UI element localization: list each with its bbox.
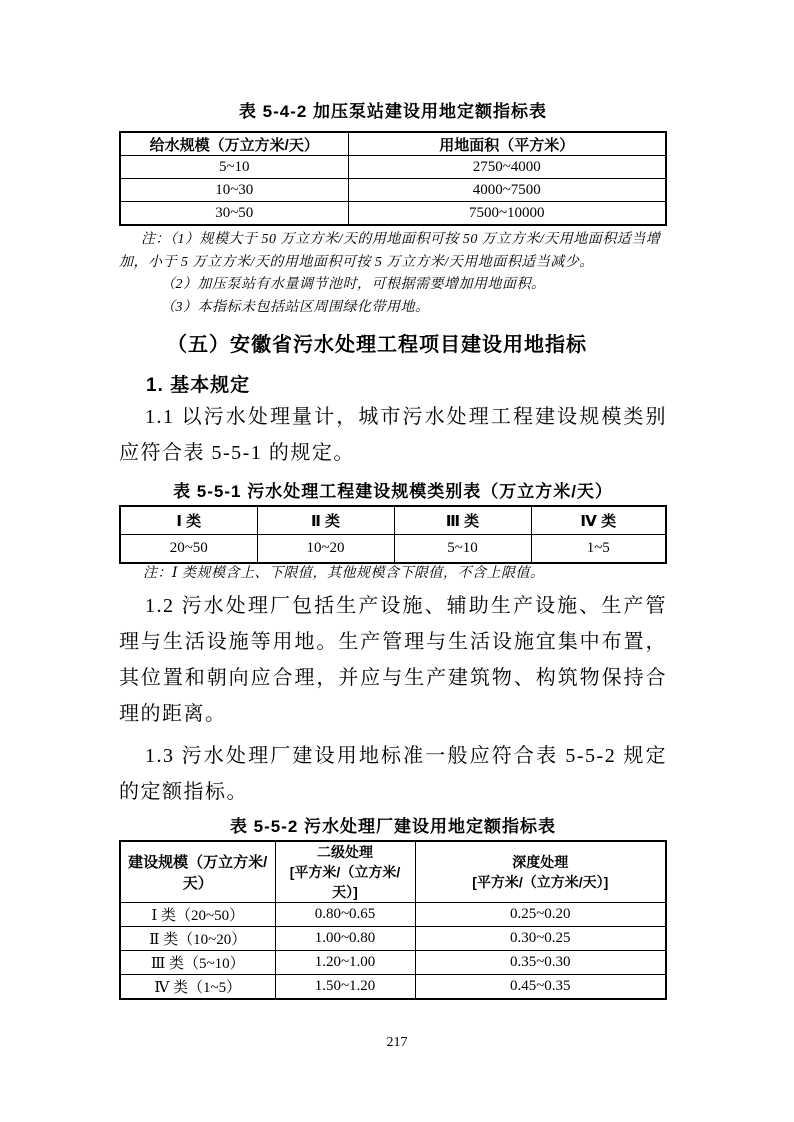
paragraph-1-3: 1.3 污水处理厂建设用地标准一般应符合表 5-5-2 规定的定额指标。 bbox=[119, 738, 667, 810]
column-header-class-4: Ⅳ 类 bbox=[531, 506, 666, 535]
header-line-2: [平方米/（立方米/天）] bbox=[278, 862, 413, 902]
column-header-build-scale: 建设规模（万立方米/天） bbox=[120, 841, 275, 903]
column-header-class-1: Ⅰ 类 bbox=[120, 506, 257, 535]
section-heading: （五）安徽省污水处理工程项目建设用地指标 bbox=[119, 331, 715, 359]
cell-class: Ⅱ 类（10~20） bbox=[120, 927, 275, 951]
cell-class: Ⅲ 类（5~10） bbox=[120, 951, 275, 975]
column-header-land-area: 用地面积（平方米） bbox=[348, 132, 666, 156]
cell-scale: 10~30 bbox=[120, 179, 348, 202]
table-row: 5~10 2750~4000 bbox=[120, 156, 666, 179]
table-5-4-2: 给水规模（万立方米/天） 用地面积（平方米） 5~10 2750~4000 10… bbox=[119, 131, 667, 226]
header-line-1: 深度处理 bbox=[418, 852, 664, 872]
column-header-supply-scale: 给水规模（万立方米/天） bbox=[120, 132, 348, 156]
table-5-4-2-title: 表 5-4-2 加压泵站建设用地定额指标表 bbox=[119, 101, 667, 123]
cell-advanced: 0.45~0.35 bbox=[415, 975, 666, 1000]
cell-secondary: 0.80~0.65 bbox=[275, 903, 415, 927]
cell-range: 10~20 bbox=[257, 535, 394, 564]
cell-scale: 5~10 bbox=[120, 156, 348, 179]
column-header-class-3: Ⅲ 类 bbox=[394, 506, 531, 535]
cell-advanced: 0.25~0.20 bbox=[415, 903, 666, 927]
cell-secondary: 1.20~1.00 bbox=[275, 951, 415, 975]
table-5-5-2-title: 表 5-5-2 污水处理厂建设用地定额指标表 bbox=[119, 816, 667, 838]
table-5-4-2-notes: 注：（1）规模大于 50 万立方米/天的用地面积可按 50 万立方米/天用地面积… bbox=[119, 229, 667, 319]
table-5-5-1-title: 表 5-5-1 污水处理工程建设规模类别表（万立方米/天） bbox=[119, 481, 667, 503]
page-number: 217 bbox=[0, 1035, 794, 1051]
table-header-row: 给水规模（万立方米/天） 用地面积（平方米） bbox=[120, 132, 666, 156]
header-line-2: [平方米/（立方米/天）] bbox=[418, 872, 664, 892]
table-5-5-2: 建设规模（万立方米/天） 二级处理 [平方米/（立方米/天）] 深度处理 [平方… bbox=[119, 840, 667, 1000]
cell-area: 4000~7500 bbox=[348, 179, 666, 202]
cell-secondary: 1.50~1.20 bbox=[275, 975, 415, 1000]
note-3: （3）本指标未包括站区周围绿化带用地。 bbox=[119, 297, 667, 320]
table-5-5-1-note: 注：Ⅰ 类规模含上、下限值，其他规模含下限值，不含上限值。 bbox=[119, 564, 667, 584]
note-1: 注：（1）规模大于 50 万立方米/天的用地面积可按 50 万立方米/天用地面积… bbox=[119, 229, 667, 274]
cell-area: 7500~10000 bbox=[348, 202, 666, 226]
cell-advanced: 0.30~0.25 bbox=[415, 927, 666, 951]
cell-advanced: 0.35~0.30 bbox=[415, 951, 666, 975]
cell-range: 5~10 bbox=[394, 535, 531, 564]
cell-area: 2750~4000 bbox=[348, 156, 666, 179]
column-header-advanced-treatment: 深度处理 [平方米/（立方米/天）] bbox=[415, 841, 666, 903]
document-page: 表 5-4-2 加压泵站建设用地定额指标表 给水规模（万立方米/天） 用地面积（… bbox=[0, 0, 794, 1122]
cell-secondary: 1.00~0.80 bbox=[275, 927, 415, 951]
table-row: 20~50 10~20 5~10 1~5 bbox=[120, 535, 666, 564]
table-header-row: Ⅰ 类 Ⅱ 类 Ⅲ 类 Ⅳ 类 bbox=[120, 506, 666, 535]
cell-scale: 30~50 bbox=[120, 202, 348, 226]
cell-range: 1~5 bbox=[531, 535, 666, 564]
table-row: 30~50 7500~10000 bbox=[120, 202, 666, 226]
cell-class: Ⅰ 类（20~50） bbox=[120, 903, 275, 927]
paragraph-1-1: 1.1 以污水处理量计，城市污水处理工程建设规模类别应符合表 5-5-1 的规定… bbox=[119, 399, 667, 471]
table-row: Ⅱ 类（10~20） 1.00~0.80 0.30~0.25 bbox=[120, 927, 666, 951]
table-row: Ⅳ 类（1~5） 1.50~1.20 0.45~0.35 bbox=[120, 975, 666, 1000]
header-line-1: 二级处理 bbox=[278, 842, 413, 862]
cell-class: Ⅳ 类（1~5） bbox=[120, 975, 275, 1000]
column-header-secondary-treatment: 二级处理 [平方米/（立方米/天）] bbox=[275, 841, 415, 903]
table-5-5-1: Ⅰ 类 Ⅱ 类 Ⅲ 类 Ⅳ 类 20~50 10~20 5~10 1~5 bbox=[119, 505, 667, 564]
table-row: 10~30 4000~7500 bbox=[120, 179, 666, 202]
note-2: （2）加压泵站有水量调节池时，可根据需要增加用地面积。 bbox=[119, 274, 667, 297]
table-header-row: 建设规模（万立方米/天） 二级处理 [平方米/（立方米/天）] 深度处理 [平方… bbox=[120, 841, 666, 903]
subsection-heading: 1. 基本规定 bbox=[119, 373, 694, 399]
paragraph-1-2: 1.2 污水处理厂包括生产设施、辅助生产设施、生产管理与生活设施等用地。生产管理… bbox=[119, 588, 667, 732]
column-header-class-2: Ⅱ 类 bbox=[257, 506, 394, 535]
table-row: Ⅲ 类（5~10） 1.20~1.00 0.35~0.30 bbox=[120, 951, 666, 975]
table-row: Ⅰ 类（20~50） 0.80~0.65 0.25~0.20 bbox=[120, 903, 666, 927]
cell-range: 20~50 bbox=[120, 535, 257, 564]
